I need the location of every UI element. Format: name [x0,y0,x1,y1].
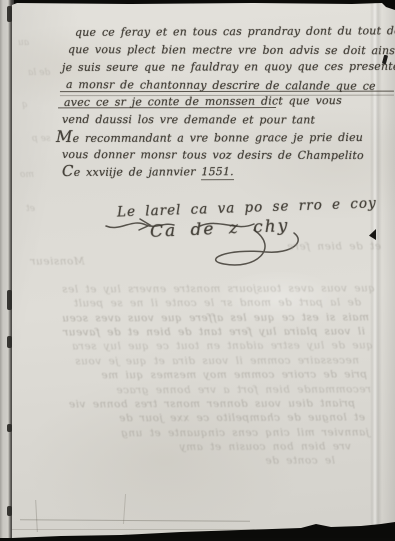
manuscript-line: je suis seure que ne fauldray en quoy qu… [56,58,386,77]
year-underlined: 1551. [201,165,234,180]
manuscript-photo: que ce feray et en tous cas prandray don… [0,0,395,541]
horizontal-crease [20,519,250,522]
horizontal-crease [12,529,382,530]
bleed-line: Monsieur [12,254,395,270]
bleed-line: que vous aves tousjours monstre envers l… [12,281,395,297]
bleed-line: necessaire comme il vous dira et que je … [12,353,395,369]
date-text: Ce xxviije de jannvier [62,165,201,179]
margin-mark: q [22,100,28,110]
bleed-line: le conte de [12,454,395,470]
manuscript-line-underlined: avec ce sr je conte de monssen dict que … [56,91,386,111]
letter-body: que ce feray et en tous cas prandray don… [56,24,386,181]
bleed-line: et longue de champelito ce xxe jour de [12,411,395,427]
ink-blot [7,290,12,310]
manuscript-line: que ce feray et en tous cas prandray don… [56,22,386,41]
margin-mark: au [18,38,29,48]
bleed-line: mais si est ce que les affere que vous a… [12,310,395,326]
ink-blot [7,336,12,348]
manuscript-line: Me recommandant a vre bonne grace je pri… [56,127,386,146]
bleed-through-text: et de bien fere Monsieur que vous aves t… [12,232,395,469]
bleed-line: recommande bien fort a vre bonne grace [12,382,395,398]
ink-blot [7,506,12,516]
bleed-line: prie de croire comme moy mesmes qui me [12,367,395,383]
date-line: Ce xxviije de jannvier 1551. [56,161,386,180]
manuscript-page: que ce feray et en tous cas prandray don… [12,2,395,541]
bleed-line: de la part de mond sr le conte il ne se … [12,296,395,312]
fold-line [35,500,38,532]
gutter-page-edge [0,0,14,541]
bleed-line: que de luy estre aidant en tout ce que l… [12,339,395,355]
margin-mark: se p [32,134,51,144]
margin-mark: mo [20,170,34,180]
margin-mark: de la [28,68,50,78]
ink-blot [7,6,12,22]
ink-blot [7,424,12,432]
bleed-line: jannvier mil cinq cens cinquante et ung [12,425,395,441]
margin-mark: et [26,204,35,214]
